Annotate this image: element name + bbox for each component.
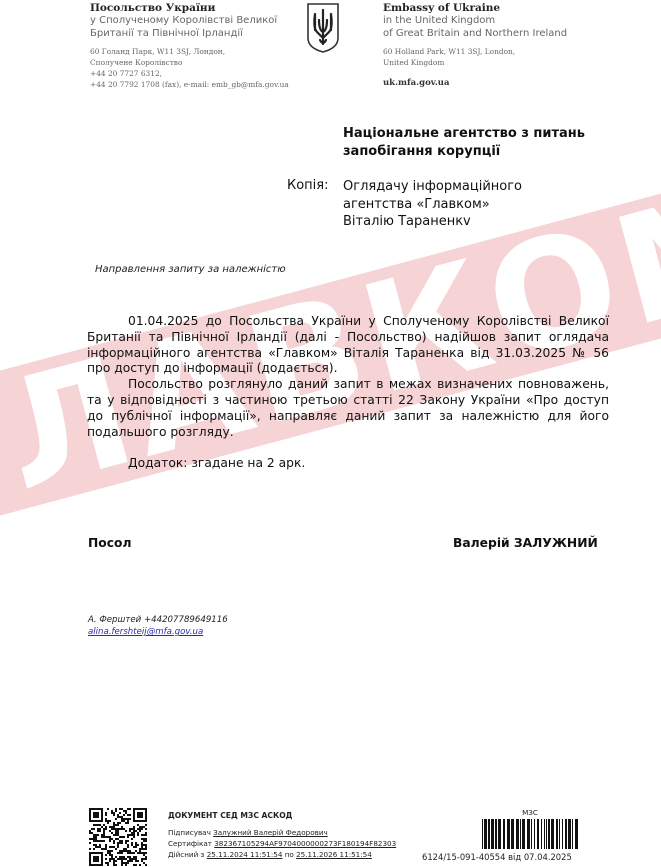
copy-label: Копія: [287,178,329,193]
qr-code-icon [89,808,147,866]
embassy-title-en: Embassy of Ukraine [383,2,603,14]
valid-to-label: по [285,850,294,859]
registration-number: 6124/15-091-40554 від 07.04.2025 [422,852,620,862]
embassy-website: uk.mfa.gov.ua [383,78,603,88]
electronic-signature-info: ДОКУМЕНТ СЕД МЗС АСКОД Підписувач Залужн… [168,810,396,860]
letterhead-ukrainian: Посольство України у Сполученому Королів… [90,2,305,90]
address-line: 60 Holland Park, W11 3SJ, London, [383,46,603,57]
registration-barcode-block: МЗС 6124/15-091-40554 від 07.04.2025 [440,808,620,862]
trident-coat-of-arms-icon [305,2,341,54]
valid-to-value: 25.11.2026 11:51:54 [296,850,372,859]
executor-contact: А. Ферштей +442077896491​16 alina.fersht… [88,614,228,638]
subtitle-line: in the United Kingdom [383,14,603,27]
address-line: United Kingdom [383,57,603,68]
signatory-name: Валерій ЗАЛУЖНИЙ [453,536,598,550]
copy-line: Оглядачу інформаційного [343,178,522,196]
copy-line: Віталію Тараненкv [343,213,522,231]
embassy-subtitle-en: in the United Kingdom of Great Britain a… [383,14,603,40]
signatory-role: Посол [88,536,131,550]
embassy-address-ua: 60 Голанд Парк, W11 3SJ, Лондон, Сполуче… [90,46,305,90]
subtitle-line: у Сполученому Королівстві Великої [90,14,305,27]
sed-title: ДОКУМЕНТ СЕД МЗС АСКОД [168,810,396,821]
signer-label: Підписувач [168,828,211,837]
letter-subject: Направлення запиту за належністю [95,264,286,275]
certificate-row: Сертифікат 38236710529​4AF9704000000273F… [168,838,396,849]
letter-body: 01.04.2025 до Посольства України у Сполу… [87,314,609,440]
executor-name-phone: А. Ферштей +442077896491​16 [88,614,228,626]
subtitle-line: Британії та Північної Ірландії [90,27,305,40]
embassy-address-en: 60 Holland Park, W11 3SJ, London, United… [383,46,603,68]
barcode-label: МЗС [440,808,620,817]
address-line: 60 Голанд Парк, W11 3SJ, Лондон, [90,46,305,57]
addressee: Національне агентство з питань запобіган… [343,125,585,161]
address-line: +44 20 7792 1708 (fax), e-mail: emb_gb@m… [90,79,305,90]
appendix-note: Додаток: згадане на 2 арк. [128,456,305,470]
letterhead-english: Embassy of Ukraine in the United Kingdom… [383,2,603,88]
executor-email-link[interactable]: alina.fershteij@mfa.gov.ua [88,626,228,638]
valid-from-label: Дійсний з [168,850,204,859]
address-line: +44 20 7727 6312, [90,68,305,79]
certificate-value: 38236710529​4AF9704000000273F180194F8230… [214,839,396,848]
body-paragraph: Посольство розглянуло даний запит в межа… [87,377,609,440]
signer-value: Залужний Валерій Федорович [213,828,328,837]
barcode-icon [480,819,580,849]
copy-recipient: Оглядачу інформаційного агентства «Главк… [343,178,522,231]
signer-row: Підписувач Залужний Валерій Федорович [168,827,396,838]
addressee-line: запобігання корупції [343,143,585,161]
validity-row: Дійсний з 25.11.2024 11:51:54 по 25.11.2… [168,849,396,860]
valid-from-value: 25.11.2024 11:51:54 [207,850,283,859]
subtitle-line: of Great Britain and Northern Ireland [383,27,603,40]
embassy-title-ua: Посольство України [90,2,305,14]
address-line: Сполучене Королівство [90,57,305,68]
embassy-subtitle-ua: у Сполученому Королівстві Великої Британ… [90,14,305,40]
body-paragraph: 01.04.2025 до Посольства України у Сполу… [87,314,609,377]
copy-line: агентства «Главком» [343,196,522,214]
addressee-line: Національне агентство з питань [343,125,585,143]
certificate-label: Сертифікат [168,839,212,848]
